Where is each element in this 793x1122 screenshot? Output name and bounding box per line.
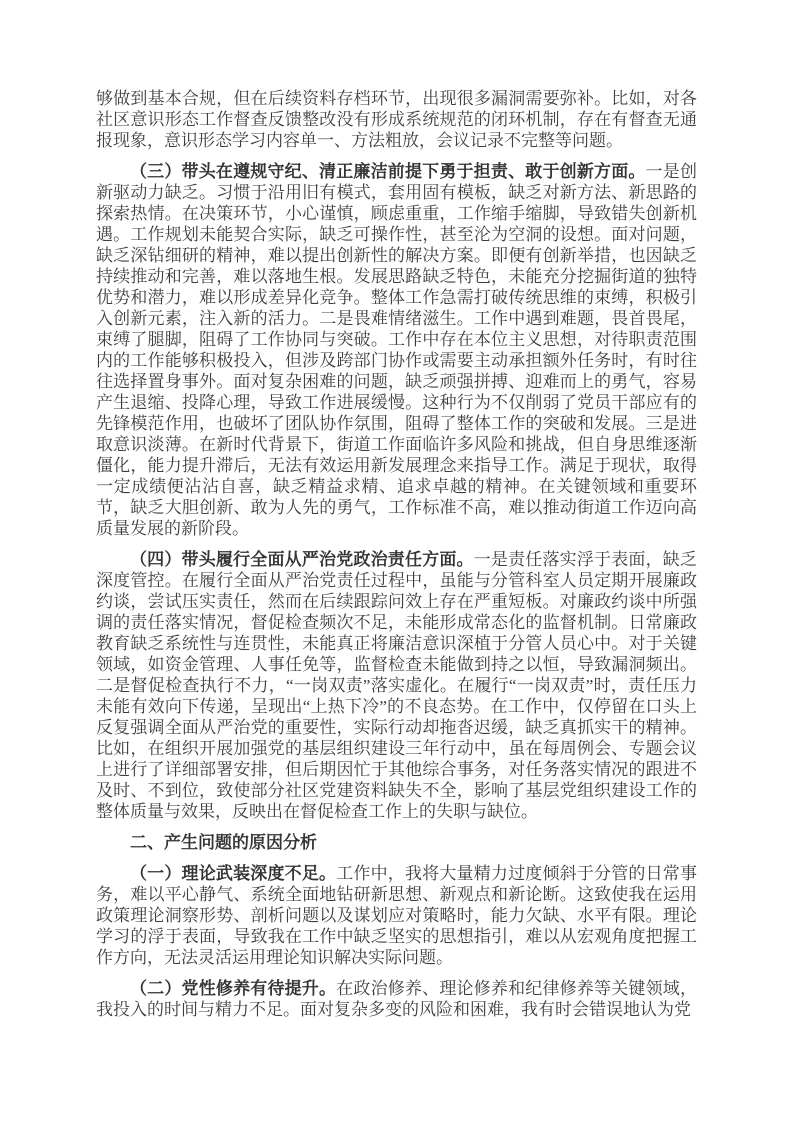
paragraph-reason-2: （二）党性修养有待提升。在政治修养、理论修养和纪律修养等关键领域，我投入的时间与… [96,978,697,1020]
document-body: 够做到基本合规，但在后续资料存档环节，出现很多漏洞需要弥补。比如，对各社区意识形… [96,88,697,1030]
text-run-bold: 二、产生问题的原因分析 [130,833,317,852]
text-run-bold: （三）带头在遵规守纪、清正廉洁前提下勇于担责、敢于创新方面。 [130,162,646,181]
document-page: 够做到基本合规，但在后续资料存档环节，出现很多漏洞需要弥补。比如，对各社区意识形… [0,0,793,1122]
paragraph-section-3: （三）带头在遵规守纪、清正廉洁前提下勇于担责、敢于创新方面。一是创新驱动力缺乏。… [96,161,697,539]
text-run: 一是创新驱动力缺乏。习惯于沿用旧有模式，套用固有模板，缺乏对新方法、新思路的探索… [96,162,697,538]
text-run-bold: （二）党性修养有待提升。 [130,979,336,998]
text-run-bold: （一）理论武装深度不足。 [130,864,336,883]
text-run: 一是责任落实浮于表面，缺乏深度管控。在履行全面从严治党责任过程中，虽能与分管科室… [96,550,697,821]
paragraph-reason-1: （一）理论武装深度不足。工作中，我将大量精力过度倾斜于分管的日常事务，难以平心静… [96,863,697,968]
text-run-bold: （四）带头履行全面从严治党政治责任方面。 [130,550,474,569]
section-heading-2: 二、产生问题的原因分析 [96,832,697,853]
paragraph-section-4: （四）带头履行全面从严治党政治责任方面。一是责任落实浮于表面，缺乏深度管控。在履… [96,549,697,822]
paragraph-continuation: 够做到基本合规，但在后续资料存档环节，出现很多漏洞需要弥补。比如，对各社区意识形… [96,88,697,151]
text-run: 够做到基本合规，但在后续资料存档环节，出现很多漏洞需要弥补。比如，对各社区意识形… [96,89,697,150]
